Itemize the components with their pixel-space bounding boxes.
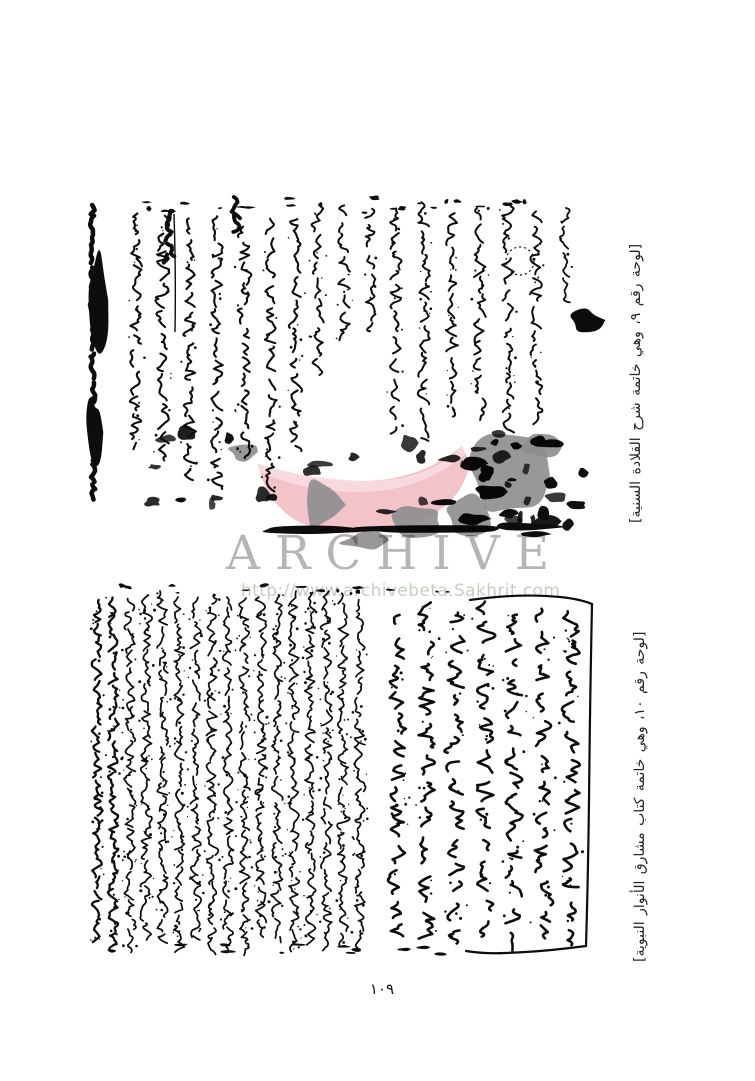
plate-10-caption: [لوحة رقم ١٠، وهي خاتمة كتاب مشارق الأنو…: [632, 632, 648, 962]
plate-9-caption: [لوحة رقم ٩، وهي خاتمة شرح القلادة السني…: [628, 244, 644, 523]
page-number: ١٠٩: [352, 980, 412, 998]
scanned-book-page: ARCHIVE http://www.archivebeta.Sakhrit.c…: [0, 0, 755, 1081]
